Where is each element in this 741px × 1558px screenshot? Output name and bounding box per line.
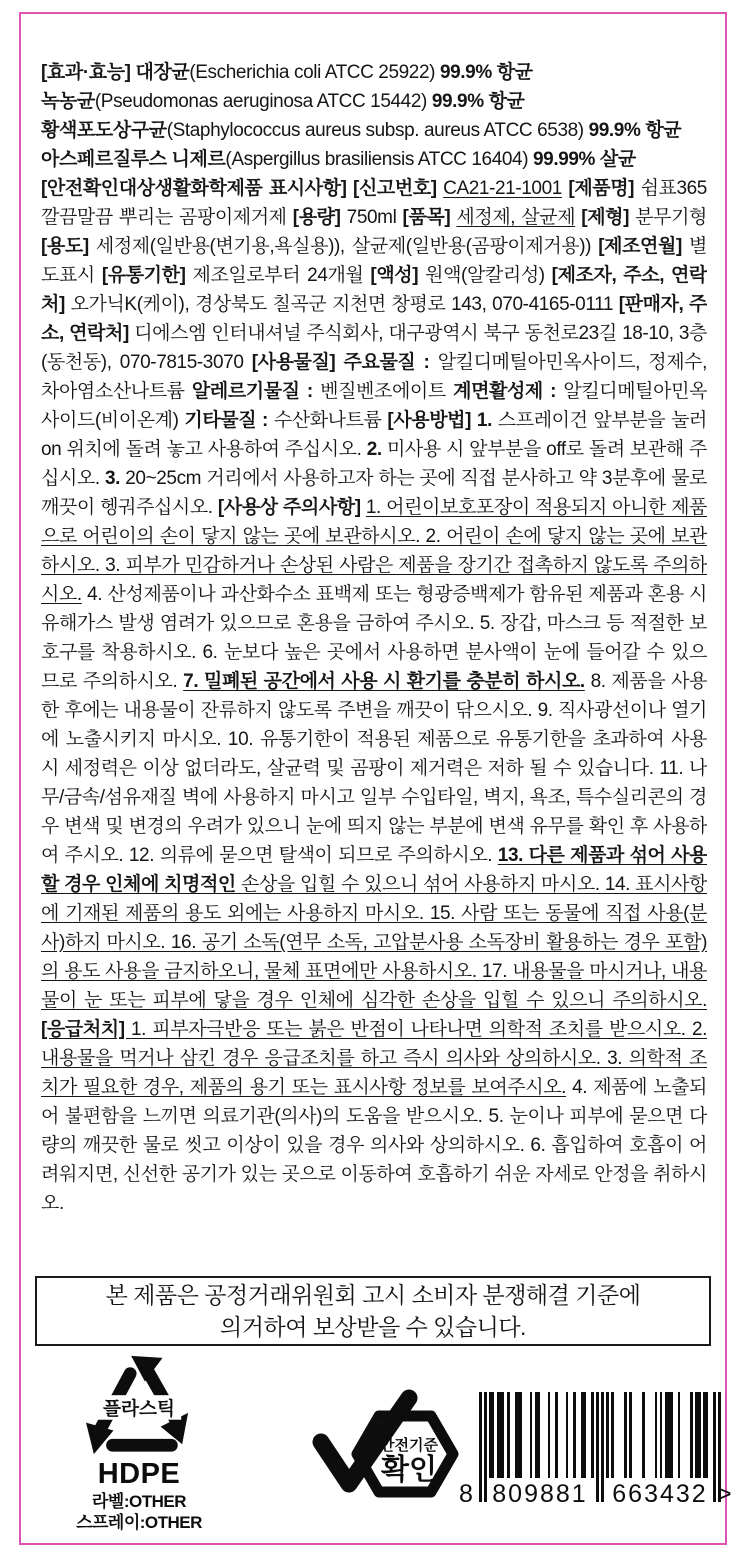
body-text-segment: 황색포도상구균: [41, 120, 167, 141]
body-text-segment: 99.99% 살균: [533, 149, 636, 170]
body-text-segment: 99.9% 항균: [440, 62, 533, 83]
body-text-segment: [유통기한]: [102, 265, 193, 286]
recycling-plastic-icon: 플라스틱: [80, 1352, 198, 1458]
recycling-material: HDPE: [49, 1458, 229, 1491]
product-label-sheet: [효과·효능] 대장균(Escherichia coli ATCC 25922)…: [0, 0, 741, 1558]
body-text-segment: 제조일로부터 24개월: [192, 265, 370, 286]
body-text-segment: [품목]: [403, 207, 457, 228]
body-text-segment: 기타물질 :: [184, 410, 273, 431]
body-text-segment: CA21-21-1001: [443, 178, 562, 199]
body-text-segment: 오가닉K(케이), 경상북도 칠곡군 지천면 창평로 143, 070-4165…: [71, 294, 619, 315]
body-text-segment: (Pseudomonas aeruginosa ATCC 15442): [95, 91, 432, 112]
notice-line-1: 본 제품은 공정거래위원회 고시 소비자 분쟁해결 기준에: [106, 1279, 641, 1311]
recycling-label-line: 라벨:OTHER: [49, 1491, 229, 1512]
body-text-segment: 3.: [105, 468, 125, 489]
body-text-segment: [용량]: [293, 207, 347, 228]
body-text-segment: 아스페르질루스 니제르: [41, 149, 225, 170]
barcode-group2: 663432: [609, 1480, 711, 1509]
body-text-segment: [사용물질] 주요물질 :: [252, 352, 438, 373]
body-text-segment: 분무기형: [635, 207, 707, 228]
recycling-mark: 플라스틱 HDPE 라벨:OTHER 스프레이:OTHER: [49, 1352, 229, 1533]
body-text-segment: 8. 제품을 사용한 후에는 내용물이 잔류하지 않도록 주변을 깨끗이 닦으시…: [41, 671, 707, 866]
body-text-segment: [제조연월]: [598, 236, 689, 257]
consumer-notice-box: 본 제품은 공정거래위원회 고시 소비자 분쟁해결 기준에 의거하여 보상받을 …: [35, 1276, 711, 1346]
body-text-segment: 녹농균: [41, 91, 95, 112]
body-text-segment: 7. 밀폐된 공간에서 사용 시 환기를 충분히 하시오.: [183, 671, 585, 692]
body-text-segment: [제품명]: [568, 178, 640, 199]
body-text-segment: 수산화나트륨: [274, 410, 388, 431]
recycling-spray-line: 스프레이:OTHER: [49, 1512, 229, 1533]
barcode-trail-char: >: [717, 1480, 732, 1509]
body-text-segment: (Aspergillus brasiliensis ATCC 16404): [225, 149, 533, 170]
body-text-segment: 원액(알칼리성): [425, 265, 552, 286]
body-text-segment: [제형]: [581, 207, 635, 228]
body-text-segment: 알레르기물질 :: [192, 381, 320, 402]
body-text-segment: [사용상 주의사항]: [218, 497, 366, 518]
label-pink-border: [효과·효능] 대장균(Escherichia coli ATCC 25922)…: [19, 12, 727, 1545]
body-text-segment: [안전확인대상생활화학제품 표시사항] [신고번호]: [41, 178, 443, 199]
barcode-lead-digit: 8: [459, 1480, 473, 1509]
body-text-segment: (Staphylococcus aureus subsp. aureus ATC…: [167, 120, 589, 141]
body-text-segment: 벤질벤조에이트: [320, 381, 453, 402]
safety-standard-mark: 안전기준 확인: [309, 1380, 465, 1528]
body-text-segment: (Escherichia coli ATCC 25922): [189, 62, 440, 83]
label-body-text: [효과·효능] 대장균(Escherichia coli ATCC 25922)…: [41, 58, 707, 1218]
notice-line-2: 의거하여 보상받을 수 있습니다.: [220, 1311, 526, 1343]
body-text-segment: 750ml: [347, 207, 403, 228]
body-text-segment: [효과·효능]: [41, 62, 135, 83]
barcode-group1: 809881: [489, 1480, 591, 1509]
safety-check-icon: 안전기준 확인: [309, 1380, 465, 1528]
safety-mark-bottom-text: 확인: [380, 1452, 437, 1486]
body-text-segment: 계면활성제 :: [453, 381, 563, 402]
safety-mark-top-text: 안전기준: [380, 1436, 438, 1454]
body-text-segment: [용도]: [41, 236, 96, 257]
body-text-segment: [액성]: [370, 265, 425, 286]
body-text-segment: 세정제(일반용(변기용,욕실용)), 살균제(일반용(곰팡이제거용)): [96, 236, 598, 257]
body-text-segment: 99.9% 항균: [589, 120, 682, 141]
body-text-segment: [사용방법]: [387, 410, 477, 431]
recycling-symbol-label: 플라스틱: [103, 1398, 175, 1419]
barcode: 8 809881 663432 >: [459, 1392, 729, 1524]
body-text-segment: 1.: [477, 410, 498, 431]
body-text-segment: 대장균: [135, 62, 189, 83]
body-text-segment: 세정제, 살균제: [456, 207, 575, 228]
body-text-segment: 2.: [367, 439, 387, 460]
body-text-segment: 99.9% 항균: [432, 91, 525, 112]
body-text-segment: [응급처치]: [41, 1019, 131, 1040]
